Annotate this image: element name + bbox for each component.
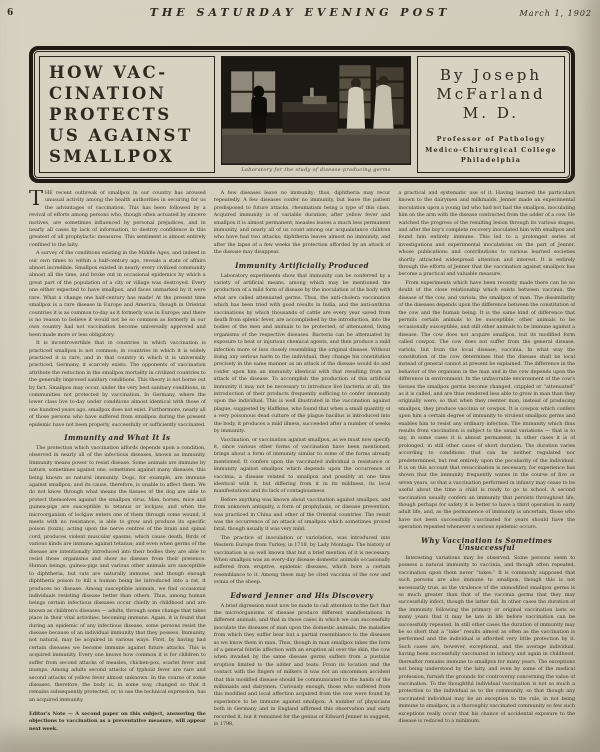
magazine-page: 6 THE SATURDAY EVENING POST March 1, 190… [0,0,600,752]
section-heading: Immunity Artificially Produced [214,262,391,269]
byline-line: M. D. [418,104,564,123]
section-heading: Immunity and What It Is [29,434,206,441]
body-paragraph: Laboratory experiments show that immunit… [214,273,391,436]
article-header-frame: HOW VAC-CINATIONPROTECTSUS AGAINSTSMALLP… [29,46,575,183]
photo-caption: Laboratory for the study of disease-prod… [221,165,411,174]
article-title: HOW VAC-CINATIONPROTECTSUS AGAINSTSMALLP… [39,56,215,173]
byline: By JosephMcFarlandM. D. [418,66,564,123]
body-paragraph: The protection which vaccination affords… [29,445,206,704]
byline-line: McFarland [418,85,564,104]
byline-line: By Joseph [418,66,564,85]
body-paragraph: It is incontrovertible that in countries… [29,340,206,429]
body-paragraph: A survey of the conditions existing in t… [29,250,206,339]
credential-line: Professor of Pathology [418,134,564,145]
credential-line: Medico-Chirurgical College [418,145,564,156]
body-paragraph: From experiments which have been recentl… [398,280,575,532]
section-heading: Why Vaccination is Sometimes Unsuccessfu… [398,537,575,552]
drop-cap: T [29,190,45,206]
laboratory-photo [221,56,411,165]
editors-note: Editor's Note — A second paper on this s… [29,711,206,733]
body-paragraph: THE recent outbreak of smallpox in our c… [29,190,206,249]
laboratory-photo-illustration [222,57,410,164]
masthead: 6 THE SATURDAY EVENING POST March 1, 190… [0,6,600,26]
article-title-line: SMALLPOX [49,146,205,167]
body-paragraph: A brief digression must now be made to c… [214,603,391,729]
article-title-line: CINATION [49,83,205,104]
article-title-line: PROTECTS [49,104,205,125]
credential-line: Philadelphia [418,155,564,166]
body-paragraph: The practice of inoculation or variolati… [214,535,391,587]
body-paragraph: Interesting variations may be observed. … [398,555,575,725]
text-column-2: A few diseases leave no immunity; thus, … [214,190,391,746]
article-title-line: HOW VAC- [49,62,205,83]
photo-cell: Laboratory for the study of disease-prod… [221,56,411,173]
body-paragraph: A few diseases leave no immunity; thus, … [214,190,391,257]
body-paragraph: Vaccination, or vaccination against smal… [214,437,391,496]
body-paragraph: a practical and systematic use of it. Ha… [398,190,575,279]
section-heading: Edward Jenner and His Discovery [214,592,391,599]
byline-box: By JosephMcFarlandM. D. Professor of Pat… [417,56,565,173]
publication-title: THE SATURDAY EVENING POST [0,6,600,19]
author-credentials: Professor of PathologyMedico-Chirurgical… [418,134,564,166]
article-body: THE recent outbreak of smallpox in our c… [29,190,575,746]
article-title-line: US AGAINST [49,125,205,146]
text-column-1: THE recent outbreak of smallpox in our c… [29,190,206,746]
text-column-3: a practical and systematic use of it. Ha… [398,190,575,746]
issue-date: March 1, 1902 [520,9,593,18]
body-paragraph: Before anything was known about vaccinat… [214,497,391,534]
